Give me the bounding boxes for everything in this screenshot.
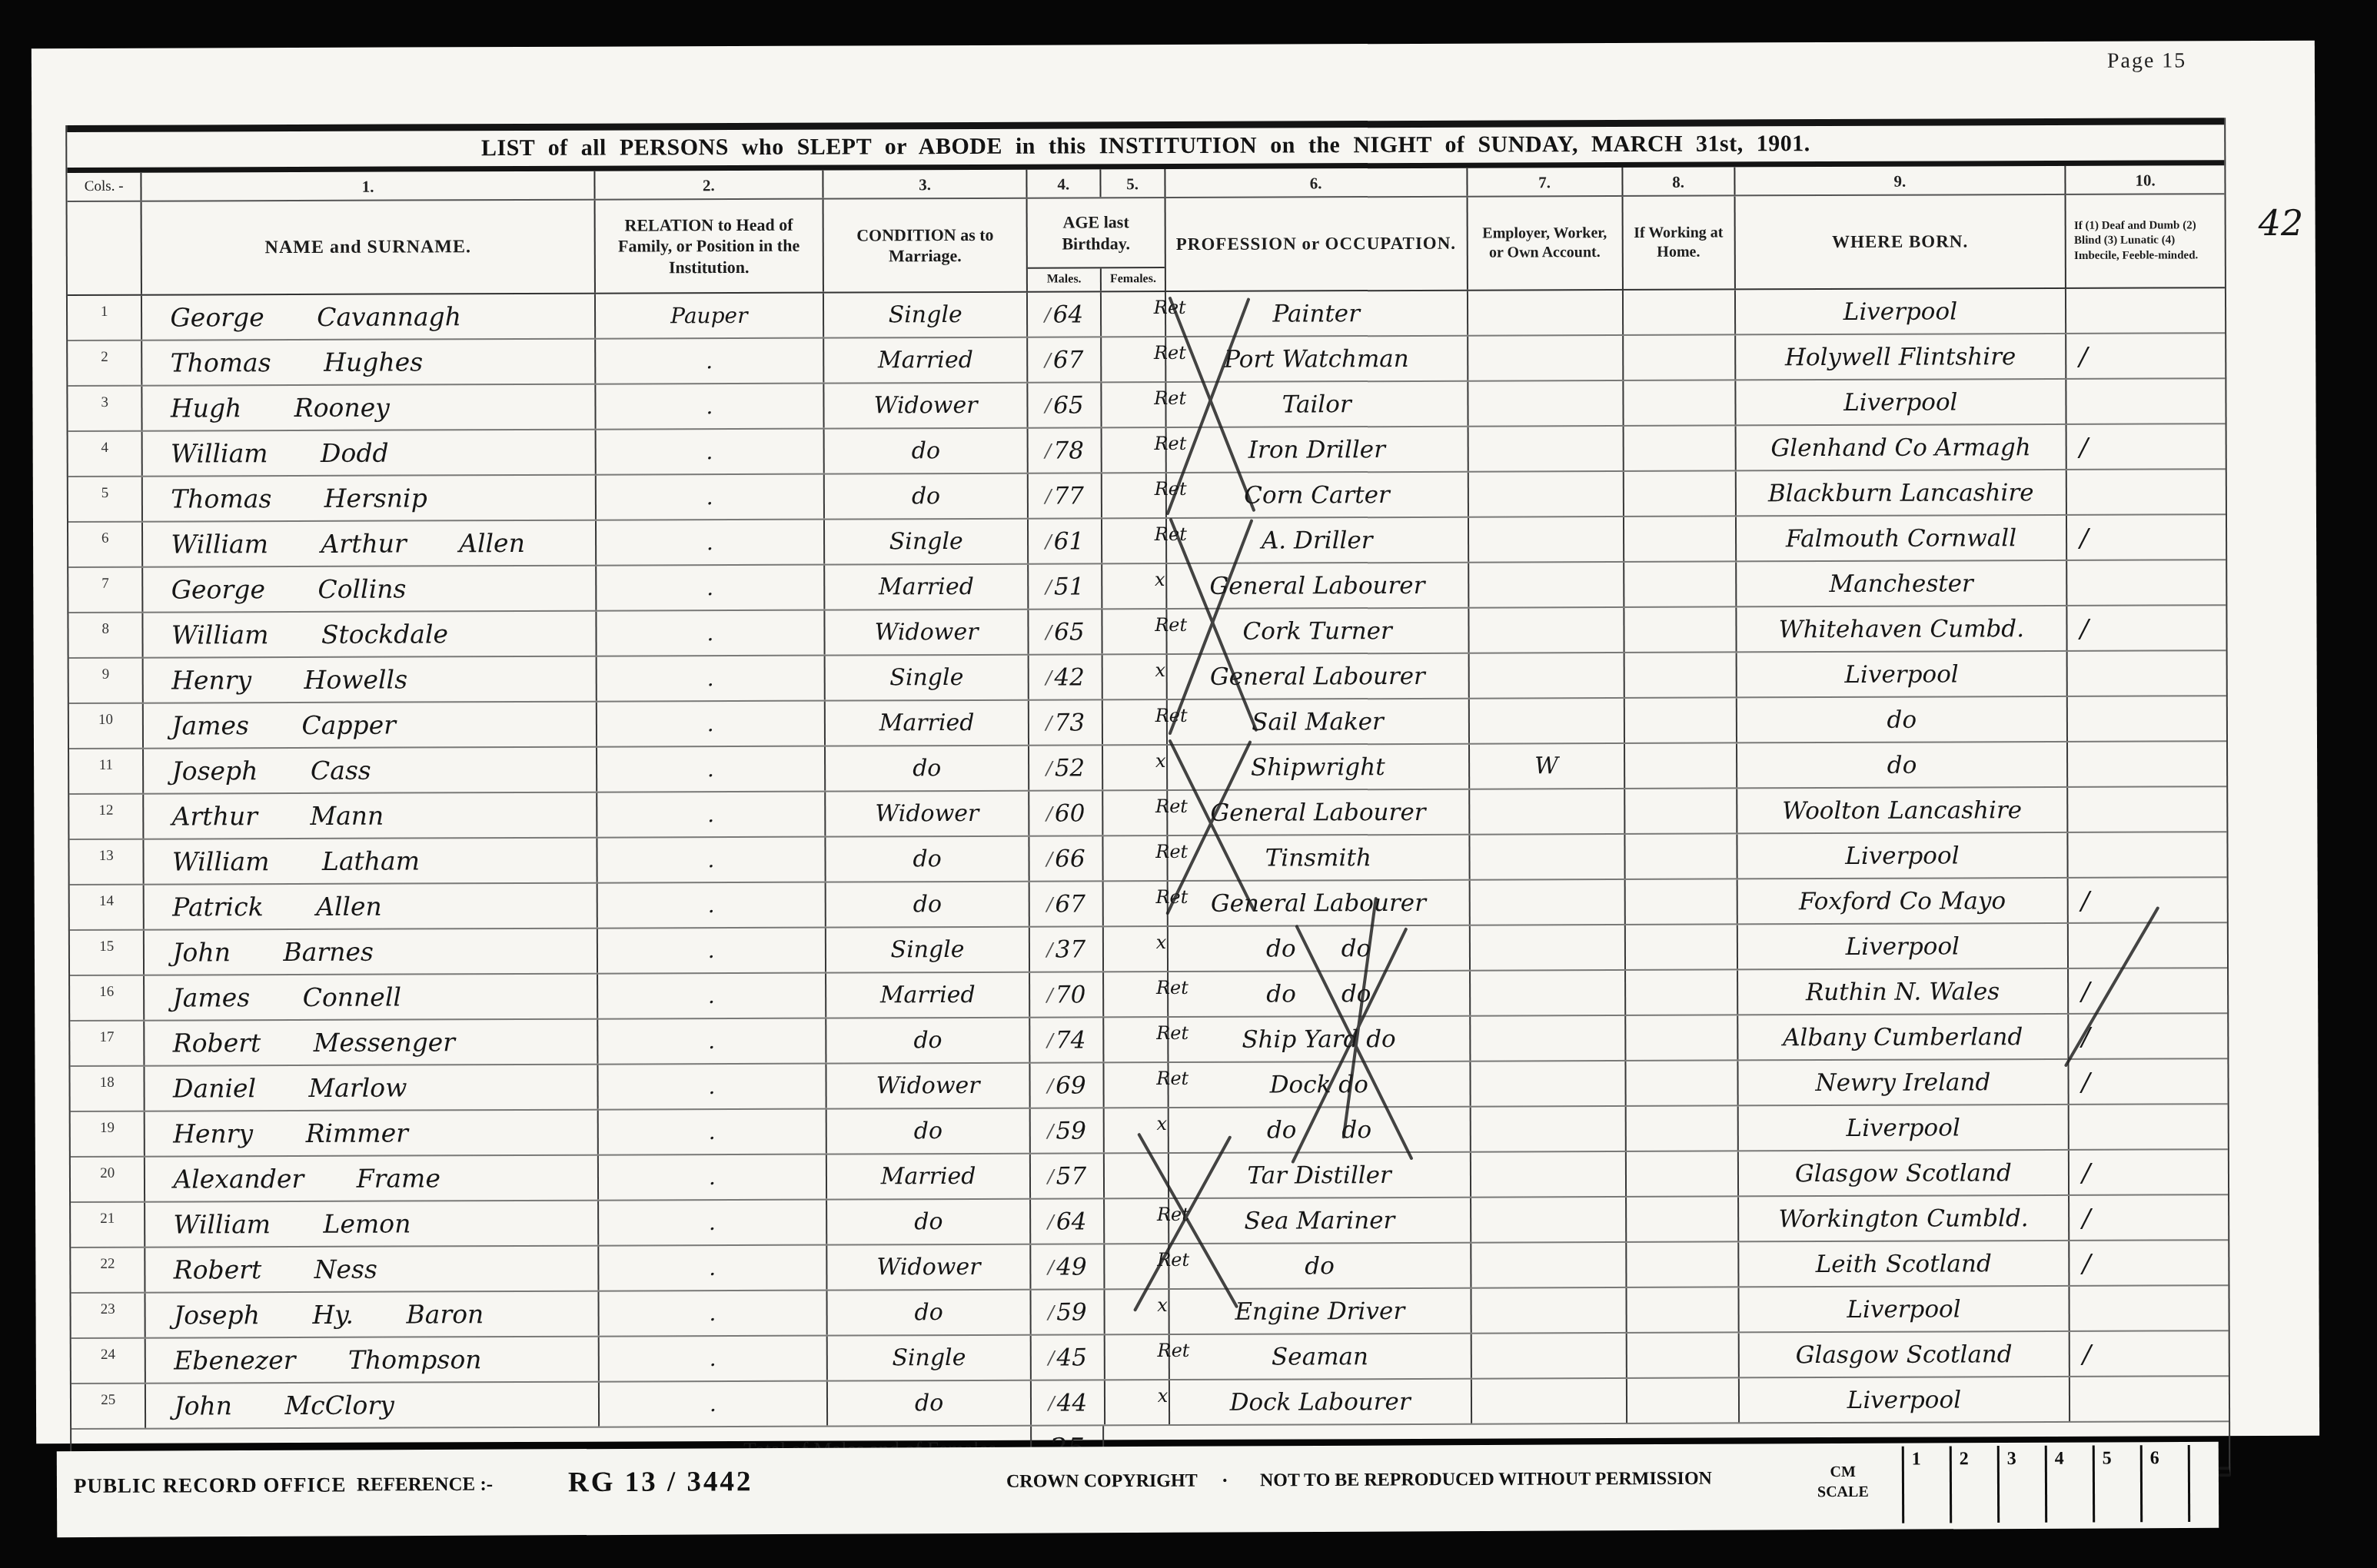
cell-num: 6 [68, 523, 142, 566]
cell-home [1624, 925, 1736, 969]
cell-num: 24 [71, 1339, 145, 1383]
occupation-text: Iron Driller [1248, 436, 1385, 464]
cell-employer [1468, 699, 1623, 743]
ruler-cell [2188, 1445, 2236, 1522]
cell-relation: . [597, 1065, 826, 1109]
cell-born: Ruthin N. Wales [1737, 969, 2068, 1015]
cell-relation: . [596, 792, 825, 837]
cell-infirmity: / [2068, 1059, 2228, 1104]
cell-name: Hugh Rooney [141, 385, 594, 430]
cell-home [1624, 834, 1736, 879]
occupation-prefix-mark: x [1157, 1294, 1168, 1316]
header-name: NAME and SURNAME. [141, 201, 594, 294]
table-row: 25John McClory.do44xDock LabourerLiverpo… [71, 1377, 2229, 1430]
cell-occupation: RetPort Watchman [1165, 337, 1467, 381]
cell-relation: . [597, 1291, 826, 1336]
cell-name: William Stockdale [142, 612, 595, 657]
cell-born: Glasgow Scotland [1737, 1332, 2069, 1377]
cell-employer [1468, 563, 1623, 607]
cell-infirmity: / [2068, 1014, 2228, 1058]
cell-num: 8 [68, 613, 142, 657]
cell-age: 57 [1029, 1154, 1103, 1198]
cell-occupation: RetGeneral Labourer [1166, 790, 1468, 835]
occupation-text: General Labourer [1211, 889, 1426, 917]
cell-home [1624, 1015, 1737, 1060]
cell-employer: W [1468, 744, 1624, 789]
cell-home [1622, 380, 1734, 425]
occupation-prefix-mark: x [1155, 750, 1166, 772]
census-table: LIST of all PERSONS who SLEPT or ABODE i… [65, 118, 2230, 1484]
cell-age: 64 [1029, 1199, 1103, 1243]
cell-age: 67 [1029, 882, 1102, 925]
cell-born: Liverpool [1734, 380, 2066, 425]
cell-name: Arthur Mann [143, 793, 596, 839]
cell-infirmity [2066, 560, 2226, 605]
occupation-text: Cork Turner [1242, 617, 1392, 646]
cell-num: 20 [71, 1158, 145, 1201]
occupation-text: Corn Carter [1244, 481, 1390, 510]
cell-infirmity [2068, 1105, 2228, 1149]
cell-infirmity [2065, 288, 2225, 333]
footer-scale-line2: SCALE [1817, 1482, 1869, 1502]
cell-infirmity [2066, 696, 2226, 741]
cell-born: Liverpool [1737, 1105, 2068, 1151]
cell-name: Thomas Hughes [141, 340, 594, 385]
cell-born: Leith Scotland [1737, 1241, 2069, 1287]
cell-num: 1 [68, 296, 141, 340]
cell-born: Woolton Lancashire [1736, 788, 2067, 833]
header-age-title: AGE last Birthday. [1028, 198, 1165, 267]
cell-employer [1468, 880, 1624, 925]
table-title: LIST of all PERSONS who SLEPT or ABODE i… [67, 118, 2224, 173]
cell-age: 66 [1029, 836, 1102, 880]
col-number: 8. [1621, 167, 1734, 195]
cell-employer [1467, 427, 1622, 471]
ruler-cell: 2 [1950, 1446, 1997, 1523]
cell-relation: . [597, 1019, 826, 1064]
table-row: 3Hugh Rooney.Widower65RetTailorLiverpool [68, 379, 2225, 432]
cell-age: 59 [1030, 1290, 1104, 1334]
footer-copyright-label: CROWN COPYRIGHT [1006, 1471, 1198, 1493]
cell-condition: do [824, 837, 1028, 882]
occupation-prefix-mark: Ret [1155, 886, 1188, 908]
cell-home [1624, 970, 1737, 1015]
cell-name: Joseph Cass [142, 748, 595, 793]
cell-name: George Collins [142, 566, 595, 612]
cell-home [1623, 517, 1735, 561]
cell-condition: Single [823, 520, 1027, 564]
cell-employer [1470, 1334, 1625, 1378]
header-profession: PROFESSION or OCCUPATION. [1164, 198, 1466, 291]
occupation-text: General Labourer [1210, 798, 1425, 826]
cell-condition: do [825, 882, 1029, 927]
cell-born: Manchester [1735, 561, 2066, 606]
cell-condition: Married [826, 1154, 1029, 1199]
cell-occupation: xDock Labourer [1169, 1380, 1471, 1424]
cell-condition: Single [824, 656, 1028, 700]
cell-num: 3 [68, 387, 141, 430]
occupation-prefix-mark: x [1156, 1113, 1167, 1134]
cell-infirmity: / [2065, 334, 2225, 378]
cell-condition: Widower [826, 1245, 1029, 1290]
cell-home [1624, 879, 1736, 924]
cell-name: John Barnes [143, 929, 596, 975]
cell-occupation: Tar Distiller [1168, 1153, 1470, 1198]
cell-home [1622, 471, 1734, 516]
cell-name: Thomas Hersnip [141, 476, 594, 521]
cols-label: Cols. - [67, 173, 141, 201]
cell-age: 45 [1030, 1335, 1104, 1379]
cell-home [1622, 426, 1734, 470]
cell-home [1624, 1106, 1737, 1151]
table-row: 1George CavannaghPauperSingle64RetPainte… [68, 288, 2225, 341]
cell-condition: do [826, 1200, 1029, 1244]
cell-occupation: RetSeaman [1168, 1334, 1470, 1379]
cell-occupation: RetCork Turner [1165, 609, 1468, 653]
cell-age: 61 [1027, 519, 1101, 563]
table-row: 2Thomas Hughes.Married67RetPort Watchman… [68, 334, 2225, 387]
footer-scale-line1: CM [1817, 1462, 1869, 1482]
occupation-prefix-mark: x [1155, 569, 1165, 590]
cell-condition: do [823, 474, 1027, 519]
cell-relation: . [595, 566, 824, 610]
table-row: 9Henry Howells.Single42xGeneral Labourer… [69, 651, 2226, 704]
cell-employer [1469, 971, 1624, 1015]
cell-relation: . [597, 1155, 826, 1200]
cell-relation: . [595, 611, 824, 656]
cell-num: 11 [69, 749, 143, 793]
header-spacer [68, 202, 141, 294]
occupation-text: Painter [1272, 300, 1360, 327]
cell-occupation: RetSea Mariner [1168, 1198, 1470, 1243]
cell-condition: do [824, 746, 1028, 791]
cell-num: 25 [71, 1384, 145, 1428]
occupation-prefix-mark: Ret [1156, 1022, 1188, 1044]
cell-home [1624, 789, 1736, 833]
header-where-born: WHERE BORN. [1734, 195, 2065, 289]
cell-home [1623, 653, 1735, 697]
cell-occupation: xGeneral Labourer [1165, 563, 1468, 608]
cell-occupation: RetGeneral Labourer [1166, 881, 1468, 925]
cell-occupation: xGeneral Labourer [1165, 654, 1468, 699]
occupation-text: A. Driller [1262, 527, 1373, 555]
occupation-prefix-mark: Ret [1154, 387, 1186, 409]
cell-age: 49 [1030, 1244, 1104, 1288]
table-row: 13William Latham.do66RetTinsmithLiverpoo… [69, 832, 2226, 885]
occupation-text: Tailor [1282, 390, 1351, 418]
cell-born: Workington Cumbld. [1737, 1196, 2069, 1241]
cell-home [1622, 290, 1734, 334]
ruler-cell: 5 [2093, 1445, 2140, 1522]
occupation-text: Dock do [1270, 1071, 1368, 1098]
table-row: 5Thomas Hersnip.do77RetCorn CarterBlackb… [68, 470, 2226, 523]
cell-num: 10 [69, 704, 143, 748]
cell-home [1622, 335, 1734, 380]
cell-num: 7 [68, 568, 142, 612]
cell-num: 4 [68, 432, 142, 476]
table-row: 24Ebenezer Thompson.Single45RetSeamanGla… [71, 1331, 2229, 1384]
table-row: 22Robert Ness.Widower49RetdoLeith Scotla… [71, 1241, 2228, 1294]
col-number: 3. [822, 170, 1026, 198]
occupation-text: do do [1266, 980, 1371, 1008]
cell-num: 14 [70, 885, 144, 929]
ruler-cell: 3 [1997, 1446, 2045, 1523]
cell-occupation: RetCorn Carter [1165, 473, 1468, 517]
cell-name: Daniel Marlow [144, 1065, 597, 1111]
cell-condition: do [823, 429, 1027, 473]
cell-employer [1468, 517, 1623, 562]
footer-reference-value: RG 13 / 3442 [568, 1465, 753, 1499]
cell-occupation: xdo do [1167, 1108, 1469, 1152]
cell-occupation: RetA. Driller [1165, 518, 1468, 563]
cell-employer [1468, 925, 1624, 970]
cell-name: William Arthur Allen [141, 521, 594, 566]
cell-infirmity: / [2069, 1241, 2229, 1285]
cell-infirmity [2067, 923, 2227, 968]
cell-age: 44 [1030, 1380, 1104, 1424]
cell-condition: Widower [826, 1064, 1029, 1108]
cell-age: 73 [1028, 700, 1102, 744]
cell-employer [1469, 1061, 1624, 1106]
cell-occupation: Retdo [1168, 1244, 1470, 1288]
col-number: 2. [593, 171, 823, 199]
table-row: 21William Lemon.do64RetSea MarinerWorkin… [71, 1195, 2228, 1248]
cell-home [1624, 1061, 1737, 1105]
cell-relation: . [597, 1201, 826, 1245]
cell-infirmity [2069, 1286, 2229, 1330]
cell-born: Liverpool [1735, 652, 2066, 697]
cell-home [1625, 1333, 1737, 1377]
cell-name: William Dodd [141, 430, 594, 476]
cell-home [1623, 562, 1735, 606]
cell-relation: . [597, 974, 826, 1018]
occupation-text: Ship Yard do [1242, 1025, 1396, 1054]
cell-employer [1469, 1107, 1624, 1151]
cell-condition: Single [825, 928, 1029, 972]
occupation-prefix-mark: x [1155, 659, 1165, 681]
occupation-text: do [1305, 1252, 1335, 1280]
col-number: 5. [1099, 169, 1164, 197]
cell-employer [1467, 472, 1622, 517]
cell-num: 16 [70, 976, 144, 1020]
table-row: 17Robert Messenger.do74RetShip Yard doAl… [70, 1014, 2227, 1067]
cell-born: Liverpool [1736, 924, 2067, 969]
cell-condition: do [826, 1109, 1029, 1154]
cell-num: 17 [70, 1022, 144, 1065]
cell-age: 65 [1028, 610, 1102, 653]
occupation-prefix-mark: Ret [1156, 1068, 1188, 1089]
cell-name: John McClory [145, 1383, 597, 1428]
cell-relation: . [595, 702, 824, 746]
cell-name: Henry Howells [142, 657, 595, 703]
occupation-prefix-mark: Ret [1155, 478, 1187, 500]
cell-age: 65 [1027, 383, 1101, 427]
cell-infirmity: / [2068, 1195, 2228, 1240]
cell-age: 70 [1029, 972, 1102, 1016]
cell-infirmity [2066, 470, 2226, 514]
cell-employer [1469, 1016, 1624, 1061]
footer-scale-label: CM SCALE [1817, 1462, 1869, 1502]
cell-born: Whitehaven Cumbd. [1735, 606, 2066, 652]
col-number: 10. [2065, 165, 2225, 194]
occupation-prefix-mark: x [1156, 932, 1167, 953]
cell-employer [1470, 1198, 1625, 1242]
cell-born: Liverpool [1737, 1377, 2069, 1423]
occupation-text: Engine Driver [1235, 1297, 1405, 1325]
cell-name: Joseph Hy. Baron [145, 1292, 597, 1337]
cell-born: Albany Cumberland [1737, 1015, 2068, 1060]
cell-condition: Married [823, 565, 1027, 610]
cell-infirmity [2066, 742, 2226, 786]
cell-relation: . [596, 747, 825, 792]
table-row: 18Daniel Marlow.Widower69RetDock doNewry… [70, 1059, 2227, 1112]
cell-born: Glasgow Scotland [1737, 1151, 2068, 1196]
cell-occupation: RetPainter [1165, 291, 1467, 336]
occupation-prefix-mark: x [1158, 1385, 1169, 1407]
table-row: 12Arthur Mann.Widower60RetGeneral Labour… [69, 787, 2226, 840]
cell-occupation: Retdo do [1167, 972, 1469, 1016]
cell-relation: . [597, 1337, 826, 1381]
occupation-text: Tar Distiller [1247, 1161, 1391, 1190]
col-number: 1. [141, 171, 593, 201]
col-number: 4. [1026, 169, 1100, 197]
occupation-prefix-mark: Ret [1154, 297, 1186, 318]
cell-employer [1468, 835, 1624, 879]
cell-name: Patrick Allen [143, 884, 596, 929]
cell-name: Ebenezer Thompson [145, 1337, 597, 1383]
cell-infirmity [2066, 787, 2226, 832]
cell-age: 37 [1029, 927, 1102, 971]
cell-employer [1467, 381, 1622, 426]
cell-infirmity: / [2066, 424, 2226, 469]
occupation-text: Sail Maker [1252, 708, 1384, 736]
occupation-prefix-mark: Ret [1157, 1249, 1189, 1271]
cell-born: Falmouth Cornwall [1735, 516, 2066, 561]
cell-infirmity: / [2067, 878, 2227, 922]
cell-age_f [1102, 1154, 1167, 1198]
cell-num: 22 [71, 1248, 145, 1292]
occupation-prefix-mark: Ret [1155, 523, 1187, 545]
cell-home [1624, 743, 1736, 788]
table-body: 1George CavannaghPauperSingle64RetPainte… [68, 288, 2229, 1430]
footer-office-label: PUBLIC RECORD OFFICE [74, 1473, 347, 1498]
cell-home [1625, 1197, 1737, 1241]
cell-num: 19 [71, 1112, 145, 1156]
cell-employer [1468, 608, 1623, 653]
cell-age: 69 [1029, 1063, 1103, 1107]
ruler-cell: 4 [2045, 1446, 2093, 1523]
occupation-prefix-mark: Ret [1154, 342, 1186, 364]
cell-infirmity: / [2066, 606, 2226, 650]
cell-employer [1469, 1152, 1624, 1197]
cell-name: William Lemon [144, 1201, 597, 1247]
cell-born: Newry Ireland [1737, 1060, 2068, 1105]
cell-num: 23 [71, 1294, 145, 1337]
cell-age: 67 [1026, 337, 1100, 381]
cell-employer [1470, 1243, 1625, 1287]
col-number: 7. [1466, 168, 1621, 196]
cell-employer [1468, 789, 1624, 834]
occupation-text: Tinsmith [1265, 844, 1371, 872]
cell-age: 78 [1027, 428, 1101, 472]
occupation-text: do do [1267, 1116, 1371, 1144]
cell-age: 59 [1029, 1108, 1103, 1152]
header-relation: RELATION to Head of Family, or Position … [593, 200, 823, 293]
cell-relation: . [594, 384, 823, 429]
ruler-cell: 1 [1902, 1446, 1950, 1523]
cell-condition: Single [823, 293, 1026, 337]
cell-condition: do [825, 1018, 1029, 1063]
cell-employer [1467, 336, 1622, 380]
table-row: 4William Dodd.do78RetIron DrillerGlenhan… [68, 424, 2226, 477]
header-age-sub: Males. Females. [1028, 267, 1165, 291]
cell-relation: . [595, 520, 824, 565]
cell-num: 2 [68, 341, 141, 385]
header-employer: Employer, Worker, or Own Account. [1466, 197, 1621, 290]
table-row: 23Joseph Hy. Baron.do59xEngine DriverLiv… [71, 1286, 2228, 1339]
occupation-prefix-mark: Ret [1155, 705, 1188, 726]
scanned-census-page: Page 15 42 LIST of all PERSONS who SLEPT… [32, 41, 2319, 1443]
cell-infirmity [2069, 1377, 2229, 1421]
cell-name: William Latham [143, 839, 596, 884]
cell-relation: . [596, 929, 825, 973]
cell-employer [1468, 653, 1623, 698]
cell-name: James Capper [142, 703, 595, 748]
ruler-cell: 6 [2140, 1445, 2188, 1522]
table-row: 8William Stockdale.Widower65RetCork Turn… [68, 606, 2226, 659]
table-row: 11Joseph Cass.do52xShipwrightWdo [69, 742, 2226, 795]
cell-employer [1471, 1379, 1626, 1423]
occupation-text: General Labourer [1209, 571, 1425, 600]
cell-num: 21 [71, 1203, 145, 1247]
cell-relation: . [594, 430, 823, 474]
cell-relation: . [598, 1382, 827, 1427]
cell-occupation: RetTinsmith [1166, 835, 1468, 880]
cell-name: Henry Rimmer [144, 1111, 597, 1156]
cell-relation: . [596, 838, 825, 882]
cell-age: 60 [1028, 791, 1102, 835]
cell-infirmity [2067, 832, 2227, 877]
cell-occupation: RetShip Yard do [1167, 1017, 1469, 1061]
cell-condition: do [826, 1291, 1030, 1335]
occupation-prefix-mark: Ret [1156, 977, 1188, 998]
header-age-females: Females. [1100, 268, 1165, 291]
occupation-text: Sea Mariner [1244, 1207, 1395, 1235]
archive-footer-strip: PUBLIC RECORD OFFICE REFERENCE :- RG 13 … [57, 1442, 2219, 1537]
footer-separator: · [1222, 1469, 1228, 1492]
occupation-text: Dock Labourer [1230, 1387, 1411, 1416]
cell-num: 15 [70, 931, 144, 975]
table-row: 15John Barnes.Single37xdo doLiverpool [70, 923, 2227, 976]
cell-home [1625, 1151, 1737, 1196]
cell-born: do [1736, 742, 2067, 788]
cell-name: Robert Messenger [144, 1020, 597, 1065]
cell-born: Blackburn Lancashire [1734, 470, 2066, 516]
page-number-label: Page 15 [2107, 48, 2187, 73]
cell-occupation: RetIron Driller [1165, 427, 1467, 472]
table-row: 20Alexander Frame.Married57Tar Distiller… [71, 1150, 2228, 1203]
cell-age: 64 [1026, 292, 1100, 336]
cell-num: 5 [68, 477, 142, 521]
occupation-text: Seaman [1272, 1343, 1368, 1370]
cell-born: Foxford Co Mayo [1736, 879, 2067, 924]
cell-condition: do [826, 1381, 1030, 1426]
cell-age: 52 [1028, 746, 1102, 789]
table-row: 19Henry Rimmer.do59xdo doLiverpool [71, 1105, 2228, 1158]
cell-home [1626, 1378, 1738, 1423]
header-infirmity: If (1) Deaf and Dumb (2) Blind (3) Lunat… [2065, 194, 2225, 287]
cell-relation: . [594, 475, 823, 520]
